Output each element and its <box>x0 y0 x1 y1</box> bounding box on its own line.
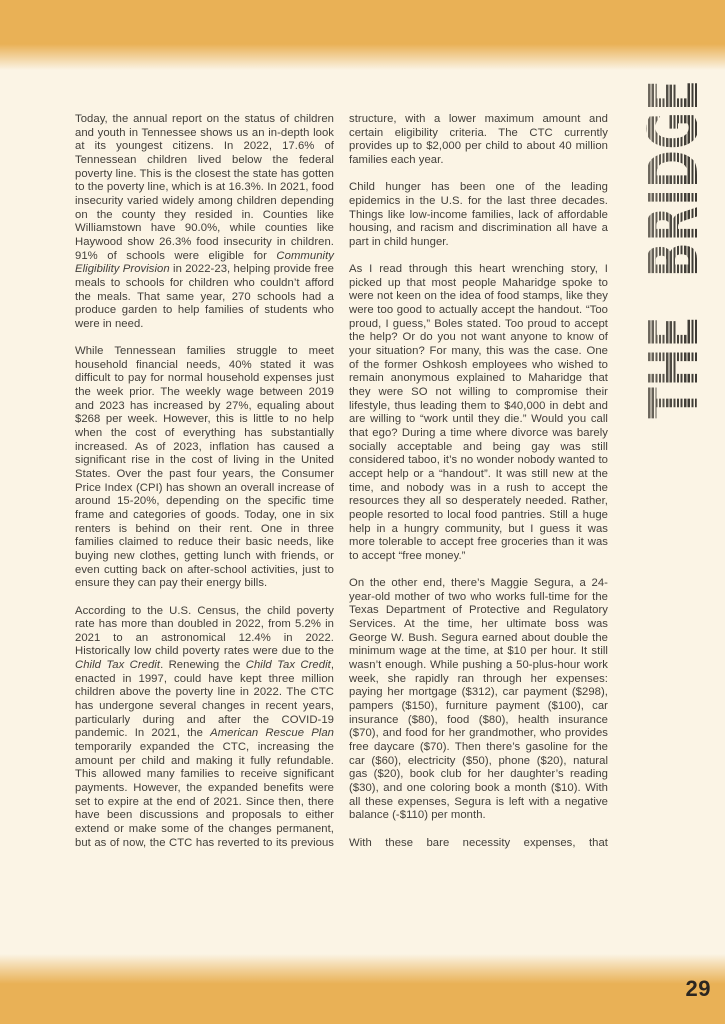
italic-text-segment: Child Tax Credit <box>246 659 331 671</box>
text-segment: Today, the annual report on the status o… <box>75 113 334 262</box>
text-segment: While Tennessean families struggle to me… <box>75 345 334 589</box>
page-number: 29 <box>686 976 711 1002</box>
article-paragraph: Today, the annual report on the status o… <box>75 113 334 332</box>
top-accent-bar <box>0 0 725 72</box>
article-paragraph: On the other end, there’s Maggie Segura,… <box>349 577 608 823</box>
article-paragraph: While Tennessean families struggle to me… <box>75 345 334 591</box>
article-paragraph: structure, with a lower maximum amount a… <box>349 113 608 168</box>
italic-text-segment: American Rescue Plan <box>210 727 334 739</box>
article-paragraph: Child hunger has been one of the leading… <box>349 181 608 249</box>
article-column-2: structure, with a lower maximum amount a… <box>349 113 608 850</box>
article-paragraph: As I read through this heart wrenching s… <box>349 263 608 563</box>
article-column-1: Today, the annual report on the status o… <box>75 113 334 850</box>
logo-text: THE BRIDGE <box>627 76 720 422</box>
bottom-accent-bar <box>0 954 725 1024</box>
article-content: Today, the annual report on the status o… <box>75 113 609 850</box>
text-segment: With these bare necessity expenses, that <box>349 837 608 849</box>
text-segment: structure, with a lower maximum amount a… <box>349 113 608 166</box>
article-paragraph: With these bare necessity expenses, that <box>349 837 608 851</box>
text-segment: According to the U.S. Census, the child … <box>75 605 334 658</box>
logo-rotor: THE BRIDGE <box>642 76 704 422</box>
text-segment: As I read through this heart wrenching s… <box>349 263 608 562</box>
article-paragraph: According to the U.S. Census, the child … <box>75 605 334 851</box>
text-segment: . Renewing the <box>160 659 246 671</box>
text-segment: Child hunger has been one of the leading… <box>349 181 608 248</box>
text-segment: On the other end, there’s Maggie Segura,… <box>349 577 608 821</box>
text-segment: temporarily expanded the CTC, increasing… <box>75 741 334 849</box>
magazine-page: THE BRIDGE Today, the annual report on t… <box>0 0 725 1024</box>
italic-text-segment: Child Tax Credit <box>75 659 160 671</box>
magazine-logo-vertical: THE BRIDGE <box>645 76 701 422</box>
